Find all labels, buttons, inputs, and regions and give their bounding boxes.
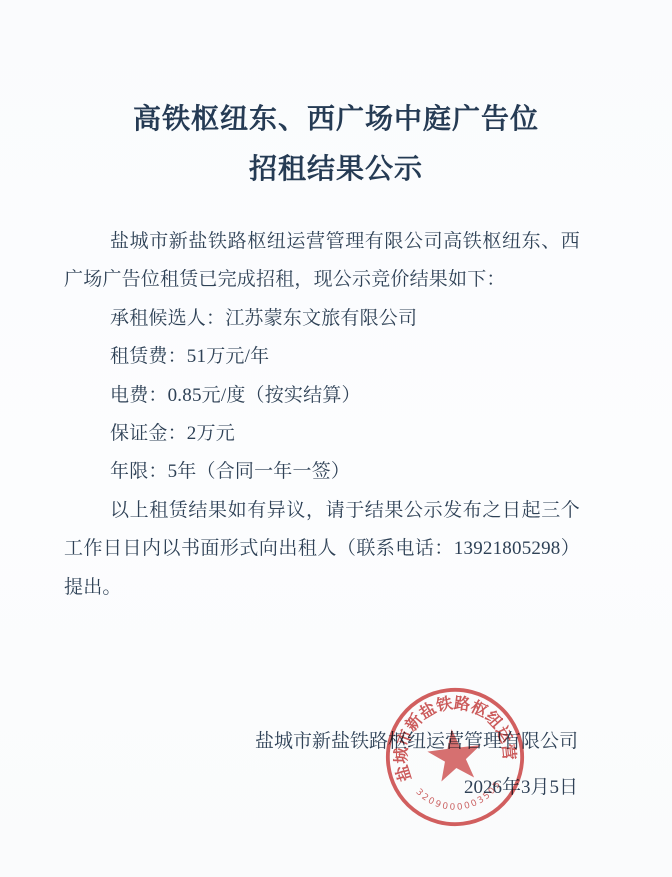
- document-body: 盐城市新盐铁路枢纽运营管理有限公司高铁枢纽东、西广场广告位租赁已完成招租，现公示…: [64, 223, 580, 607]
- document-title: 高铁枢纽东、西广场中庭广告位 招租结果公示: [0, 95, 672, 195]
- item-term: 年限：5年（合同一年一签）: [110, 453, 580, 491]
- item-candidate: 承租候选人：江苏蒙东文旅有限公司: [110, 300, 580, 338]
- item-electricity-fee: 电费：0.85元/度（按实结算）: [110, 377, 580, 415]
- item-deposit: 保证金：2万元: [110, 415, 580, 453]
- item-rent-fee: 租赁费：51万元/年: [110, 338, 580, 376]
- intro-paragraph: 盐城市新盐铁路枢纽运营管理有限公司高铁枢纽东、西广场广告位租赁已完成招租，现公示…: [64, 223, 580, 300]
- signature-block: 盐城市新盐铁路枢纽运营管理有限公司 2026年3月5日: [255, 727, 578, 803]
- signature-date: 2026年3月5日: [255, 773, 578, 803]
- document-page: 高铁枢纽东、西广场中庭广告位 招租结果公示 盐城市新盐铁路枢纽运营管理有限公司高…: [0, 0, 672, 877]
- title-line-1: 高铁枢纽东、西广场中庭广告位: [0, 95, 672, 145]
- signature-company: 盐城市新盐铁路枢纽运营管理有限公司: [255, 727, 578, 757]
- title-line-2: 招租结果公示: [0, 145, 672, 195]
- closing-paragraph: 以上租赁结果如有异议，请于结果公示发布之日起三个工作日日内以书面形式向出租人（联…: [64, 492, 580, 607]
